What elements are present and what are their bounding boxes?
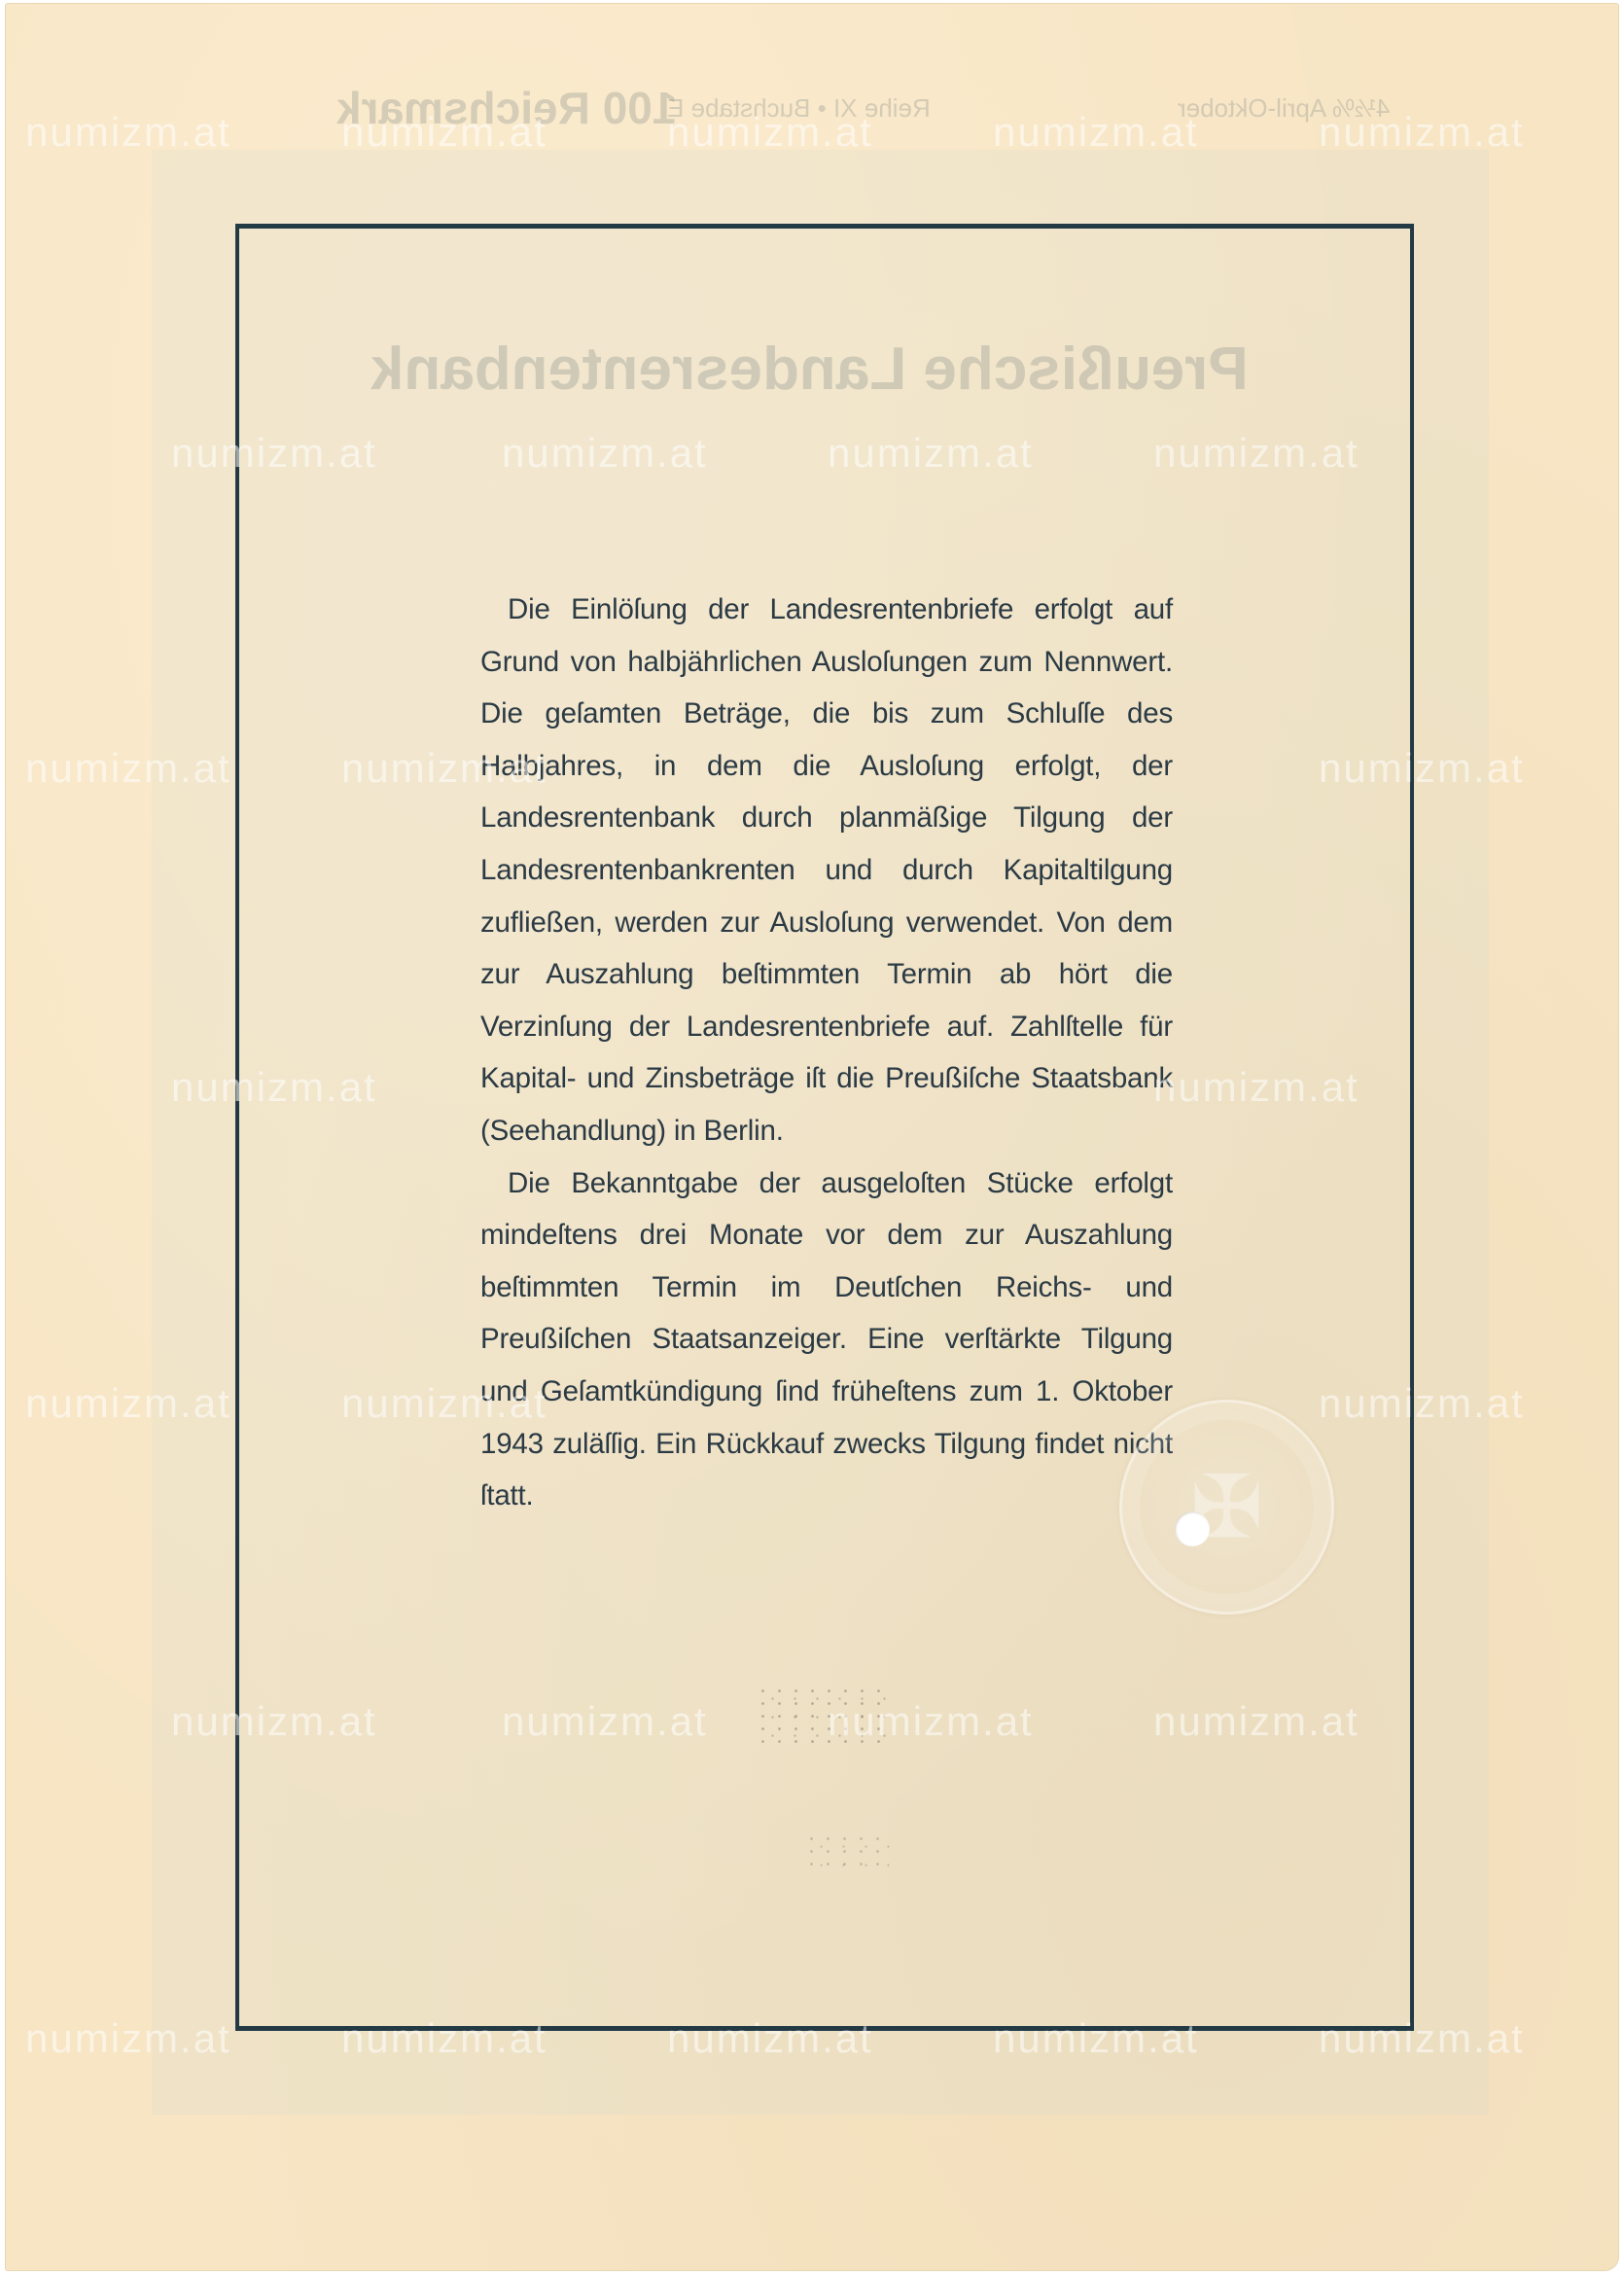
watermark: numizm.at bbox=[171, 1064, 377, 1111]
watermark: numizm.at bbox=[993, 109, 1199, 156]
terms-text-block: Die Einlöſung der Landesrentenbriefe erf… bbox=[480, 584, 1173, 1522]
watermark: numizm.at bbox=[341, 745, 547, 792]
watermark: numizm.at bbox=[1319, 745, 1525, 792]
watermark: numizm.at bbox=[171, 1698, 377, 1745]
watermark: numizm.at bbox=[25, 2015, 231, 2062]
watermark: numizm.at bbox=[25, 109, 231, 156]
watermark: numizm.at bbox=[502, 1698, 708, 1745]
watermark: numizm.at bbox=[667, 2015, 873, 2062]
watermark: numizm.at bbox=[1153, 1698, 1359, 1745]
watermark: numizm.at bbox=[341, 109, 547, 156]
punch-hole-cancellation bbox=[1175, 1511, 1210, 1547]
watermark: numizm.at bbox=[1153, 1064, 1359, 1111]
watermark: numizm.at bbox=[993, 2015, 1199, 2062]
terms-paragraph-announcement: Die Bekanntgabe der ausgeloſten Stücke e… bbox=[480, 1157, 1173, 1522]
watermark: numizm.at bbox=[1319, 1380, 1525, 1427]
ink-specks bbox=[803, 1832, 891, 1871]
watermark: numizm.at bbox=[25, 745, 231, 792]
watermark: numizm.at bbox=[828, 430, 1034, 477]
watermark: numizm.at bbox=[1319, 109, 1525, 156]
watermark: numizm.at bbox=[667, 109, 873, 156]
watermark: numizm.at bbox=[1319, 2015, 1525, 2062]
watermark: numizm.at bbox=[171, 430, 377, 477]
watermark: numizm.at bbox=[25, 1380, 231, 1427]
terms-paragraph-redemption: Die Einlöſung der Landesrentenbriefe erf… bbox=[480, 584, 1173, 1157]
certificate-page: 4½% April-Oktober Reihe XI • Buchstabe E… bbox=[6, 4, 1618, 2270]
watermark: numizm.at bbox=[341, 2015, 547, 2062]
embossed-seal: ✠ bbox=[1119, 1400, 1334, 1615]
watermark: numizm.at bbox=[502, 430, 708, 477]
watermark: numizm.at bbox=[341, 1380, 547, 1427]
watermark: numizm.at bbox=[1153, 430, 1359, 477]
watermark: numizm.at bbox=[828, 1698, 1034, 1745]
